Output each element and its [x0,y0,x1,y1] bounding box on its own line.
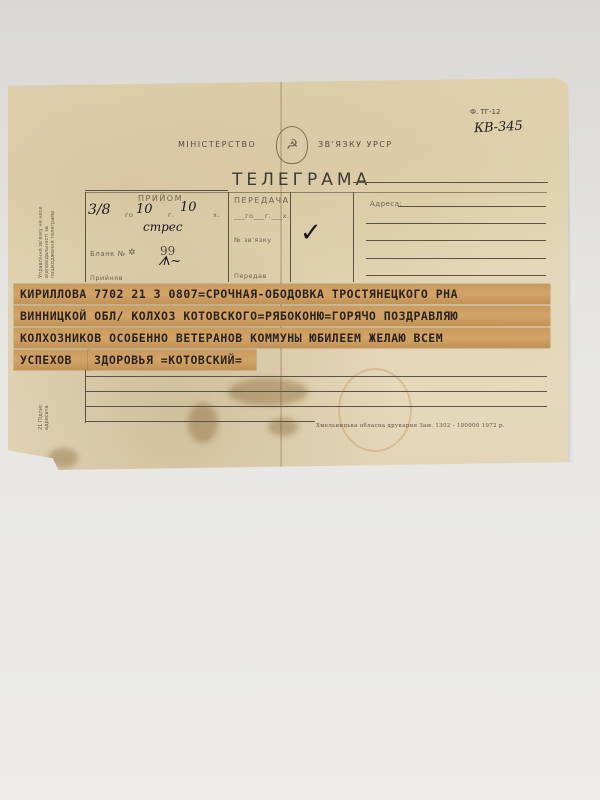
message-tape-2: ВИННИЦКОЙ ОБЛ/ КОЛХОЗ КОТОВСКОГО=РЯБОКОН… [14,306,550,326]
message-tape-3: КОЛХОЗНИКОВ ОСОБЕННО ВЕТЕРАНОВ КОММУНЫ Ю… [14,328,550,348]
telegram-form: МІНІСТЕРСТВО ☭ ЗВ'ЯЗКУ УРСР ТЕЛЕГРАМА Ф.… [8,78,568,470]
received-by-signature: ᗑ~ [158,254,181,269]
message-line [85,406,547,407]
form-code: Ф. ТГ-12 [470,108,500,116]
side-note-bottom: 21 Підпис адресата [38,388,50,430]
ministry-label-left: МІНІСТЕРСТВО [178,140,256,149]
ministry-label-right: ЗВ'ЯЗКУ УРСР [318,140,393,149]
form-line [228,192,229,282]
address-line [366,223,546,224]
message-line [85,391,547,392]
stain [48,448,78,468]
side-note-top: Управління зв'язку не несе відповідально… [38,206,98,278]
stain [228,378,308,406]
connection-number-label: № зв'язку [234,236,272,244]
form-line [85,190,228,191]
message-tape-5: ЗДОРОВЬЯ =КОТОВСКИЙ= [88,350,256,370]
received-day: 10 [136,202,153,217]
message-tape-1: КИРИЛЛОВА 7702 21 3 0807=СРОЧНАЯ-ОБОДОВК… [14,284,550,304]
handwritten-reference: КВ-345 [474,119,524,137]
coffee-ring-stain [338,368,412,452]
received-operator-signature: стрес [143,220,183,234]
asterisk-mark-icon: ✲ [128,248,136,258]
message-tape-4: УСПЕХОВ [14,350,90,370]
document-title: ТЕЛЕГРАМА [232,170,371,190]
form-line [85,363,86,423]
received-minutes-suffix: х. [213,211,220,219]
address-line [366,258,546,259]
form-line [353,192,354,282]
form-line [353,182,548,183]
received-minutes: 10 [180,200,197,215]
message-line [85,376,547,377]
checkmark-icon: ✓ [300,218,322,248]
form-line [85,192,547,193]
stain [188,403,218,443]
transmission-time: ___го___г.___х. [234,212,290,220]
received-day-suffix: г. [168,211,174,219]
form-line [290,192,291,282]
transmitted-by-label: Передав [234,272,267,280]
address-line [398,206,546,207]
received-hour-suffix: го [125,211,133,219]
printer-imprint: Хмельницька обласна друкарня Зам. 1302 -… [316,423,505,429]
message-line [85,421,315,422]
transmission-label: ПЕРЕДАЧА [234,196,290,205]
address-line [366,275,546,276]
address-line [366,240,546,241]
ukrainian-ssr-emblem-icon: ☭ [276,126,308,164]
